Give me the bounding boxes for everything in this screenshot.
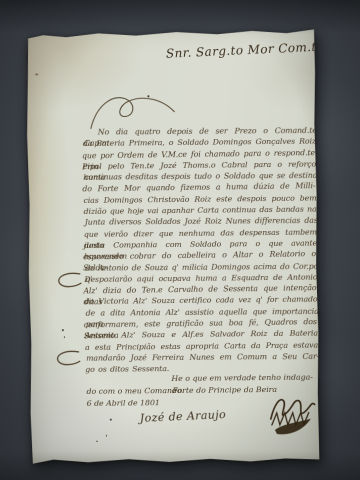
signature-rubric-icon bbox=[268, 392, 318, 437]
paper-sheet: Snr. Sarg.to Mor Com.te No dia quatro de… bbox=[26, 28, 321, 465]
closing-line: He o que em verdade tenho indaga- bbox=[171, 373, 313, 383]
body-line: mandarão Jozé Ferreira Nunes em Comum a … bbox=[86, 351, 319, 364]
ink-speck bbox=[106, 435, 107, 437]
margin-flourish-icon bbox=[53, 349, 81, 367]
letter-content: Snr. Sarg.to Mor Com.te No dia quatro de… bbox=[26, 28, 321, 465]
stain-speck bbox=[35, 73, 38, 75]
closing-continuation: do com o meu Comando. bbox=[86, 386, 184, 396]
manuscript-paper: Snr. Sarg.to Mor Com.te No dia quatro de… bbox=[26, 28, 321, 465]
margin-flourish-icon bbox=[54, 271, 82, 289]
body-line: do Antonio de Souza q' milicia Domingos … bbox=[85, 260, 318, 273]
photo-background: Snr. Sarg.to Mor Com.te No dia quatro de… bbox=[0, 0, 360, 480]
letter-body: No dia quatro depois de ser Prezo o Coma… bbox=[83, 124, 319, 375]
body-line: No dia quatro depois de ser Prezo o Coma… bbox=[84, 125, 317, 138]
ink-speck bbox=[64, 336, 65, 338]
ink-speck bbox=[96, 441, 98, 442]
closing-place: Forte do Principe da Beira bbox=[172, 385, 277, 395]
ink-speck bbox=[110, 419, 112, 421]
ink-speck bbox=[62, 329, 64, 331]
body-line: Junta diversos Soldados Jozé Roiz Nunes … bbox=[85, 215, 318, 228]
letter-heading: Snr. Sarg.to Mor Com.te bbox=[166, 40, 316, 61]
date-line: 6 de Abril de 1801 bbox=[87, 398, 160, 408]
signature: Jozé de Araujo bbox=[140, 408, 227, 425]
